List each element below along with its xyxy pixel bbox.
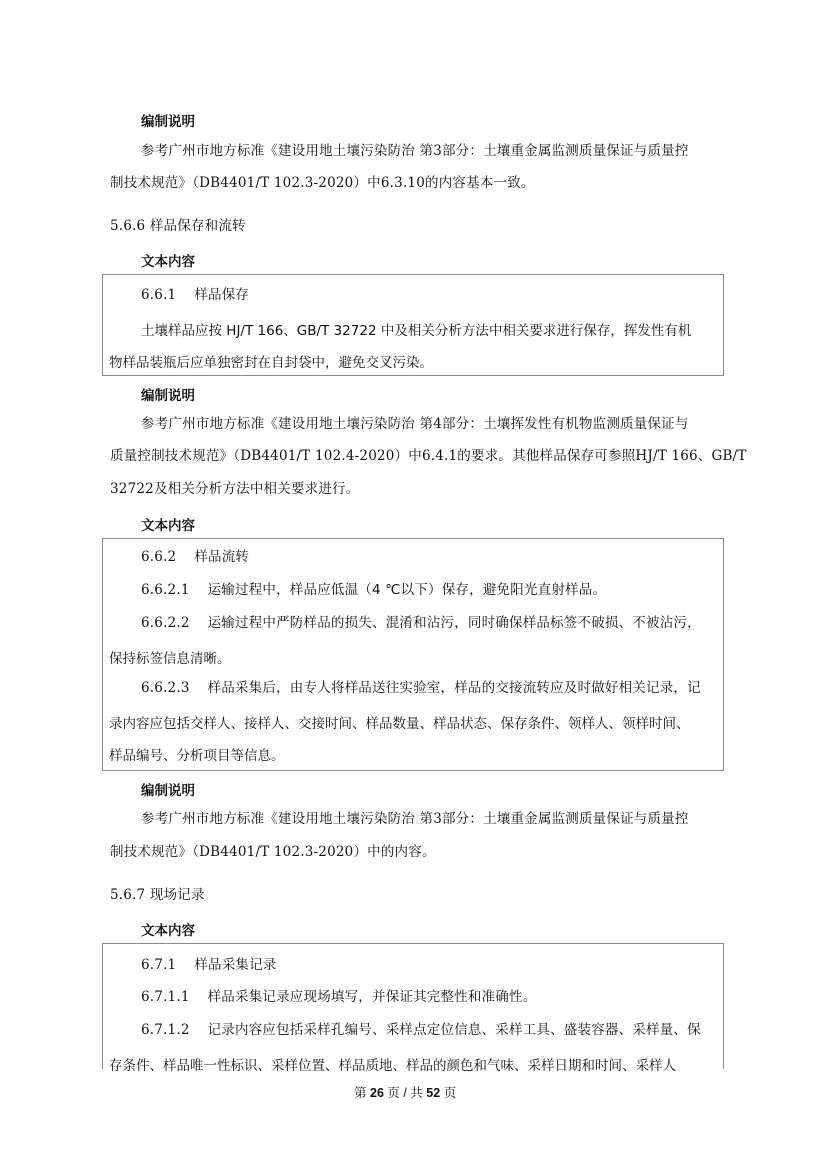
section-heading-5-6-6: 5.6.6 样品保存和流转 [110, 218, 246, 234]
clause-line: 物样品装瓶后应单独密封在自封袋中，避免交叉污染。 [109, 351, 433, 371]
subclause-text: 记录内容应包括采样孔编号、采样点定位信息、采样工具、盛装容器、采样量、保 [208, 1022, 701, 1038]
content-box-6-7-1: 6.7.1 样品采集记录 6.7.1.1 样品采集记录应现场填写，并保证其完整性… [102, 943, 724, 1069]
subclause-6-6-2-2: 6.6.2.2 运输过程中严防样品的损失、混淆和沾污，同时确保样品标签不破损、不… [141, 615, 701, 631]
subclause-text: 运输过程中，样品应低温（4 ℃以下）保存，避免阳光直射样品。 [208, 582, 607, 598]
clause-line: 土壤样品应按 HJ/T 166、GB/T 32722 中及相关分析方法中相关要求… [141, 319, 691, 339]
note-paragraph-line: 参考广州市地方标准《建设用地土壤污染防治 第4部分：土壤挥发性有机物监测质量保证… [141, 416, 689, 432]
subclause-number: 6.6.2.1 [141, 582, 190, 598]
note-heading: 编制说明 [141, 384, 195, 404]
note-paragraph-line: 制技术规范》（DB4401/T 102.3-2020）中的内容。 [110, 844, 436, 860]
section-title: 现场记录 [150, 887, 205, 903]
note-paragraph-line: 制技术规范》（DB4401/T 102.3-2020）中6.3.10的内容基本一… [110, 175, 535, 191]
content-box-6-6-1: 6.6.1 样品保存 土壤样品应按 HJ/T 166、GB/T 32722 中及… [102, 274, 724, 376]
section-heading-5-6-7: 5.6.7 现场记录 [110, 887, 205, 903]
clause-title: 样品流转 [194, 549, 249, 565]
footer-suffix: 页 [444, 1086, 457, 1100]
clause-number: 6.6.1 [141, 287, 176, 303]
page-footer: 第 26 页 / 共 52 页 [354, 1083, 456, 1101]
subclause-number: 6.6.2.2 [141, 615, 190, 631]
note-paragraph-line: 质量控制技术规范》（DB4401/T 102.4-2020）中6.4.1的要求。… [110, 448, 747, 464]
note-paragraph-line: 32722及相关分析方法中相关要求进行。 [110, 481, 359, 497]
subclause-text: 样品采集记录应现场填写，并保证其完整性和准确性。 [208, 989, 537, 1005]
current-page-number: 26 [370, 1086, 384, 1100]
note-heading: 编制说明 [141, 779, 195, 799]
section-title: 样品保存和流转 [150, 218, 246, 234]
footer-middle: 页 / 共 [387, 1086, 422, 1100]
section-number: 5.6.7 [110, 887, 145, 903]
subclause-number: 6.6.2.3 [141, 680, 190, 696]
subclause-text: 存条件、样品唯一性标识、采样位置、样品质地、样品的颜色和气味、采样日期和时间、采… [109, 1054, 676, 1074]
subclause-6-6-2-1: 6.6.2.1 运输过程中，样品应低温（4 ℃以下）保存，避免阳光直射样品。 [141, 582, 606, 598]
subclause-6-6-2-3: 6.6.2.3 样品采集后，由专人将样品送往实验室，样品的交接流转应及时做好相关… [141, 680, 701, 696]
note-paragraph-line: 参考广州市地方标准《建设用地土壤污染防治 第3部分：土壤重金属监测质量保证与质量… [141, 811, 689, 827]
clause-title: 样品采集记录 [194, 957, 276, 973]
content-heading: 文本内容 [141, 250, 195, 270]
subclause-number: 6.7.1.1 [141, 989, 190, 1005]
subclause-text: 样品编号、分析项目等信息。 [109, 744, 285, 764]
subclause-text: 运输过程中严防样品的损失、混淆和沾污，同时确保样品标签不破损、不被沾污， [208, 615, 701, 631]
clause-number: 6.7.1 [141, 957, 176, 973]
note-paragraph-line: 参考广州市地方标准《建设用地土壤污染防治 第3部分：土壤重金属监测质量保证与质量… [141, 143, 689, 159]
subclause-6-7-1-2: 6.7.1.2 记录内容应包括采样孔编号、采样点定位信息、采样工具、盛装容器、采… [141, 1022, 701, 1038]
clause-heading: 6.6.1 样品保存 [141, 287, 249, 303]
clause-heading: 6.7.1 样品采集记录 [141, 957, 277, 973]
clause-title: 样品保存 [194, 287, 249, 303]
clause-number: 6.6.2 [141, 549, 176, 565]
subclause-number: 6.7.1.2 [141, 1022, 190, 1038]
content-heading: 文本内容 [141, 919, 195, 939]
note-heading: 编制说明 [141, 110, 195, 130]
total-pages-number: 52 [426, 1086, 440, 1100]
content-box-6-6-2: 6.6.2 样品流转 6.6.2.1 运输过程中，样品应低温（4 ℃以下）保存，… [102, 538, 724, 771]
subclause-text: 样品采集后，由专人将样品送往实验室，样品的交接流转应及时做好相关记录，记 [208, 680, 701, 696]
subclause-text: 保持标签信息清晰。 [109, 647, 231, 667]
clause-heading: 6.6.2 样品流转 [141, 549, 249, 565]
content-heading: 文本内容 [141, 514, 195, 534]
footer-prefix: 第 [354, 1086, 367, 1100]
subclause-6-7-1-1: 6.7.1.1 样品采集记录应现场填写，并保证其完整性和准确性。 [141, 989, 536, 1005]
section-number: 5.6.6 [110, 218, 145, 234]
subclause-text: 录内容应包括交样人、接样人、交接时间、样品数量、样品状态、保存条件、领样人、领样… [109, 712, 690, 732]
